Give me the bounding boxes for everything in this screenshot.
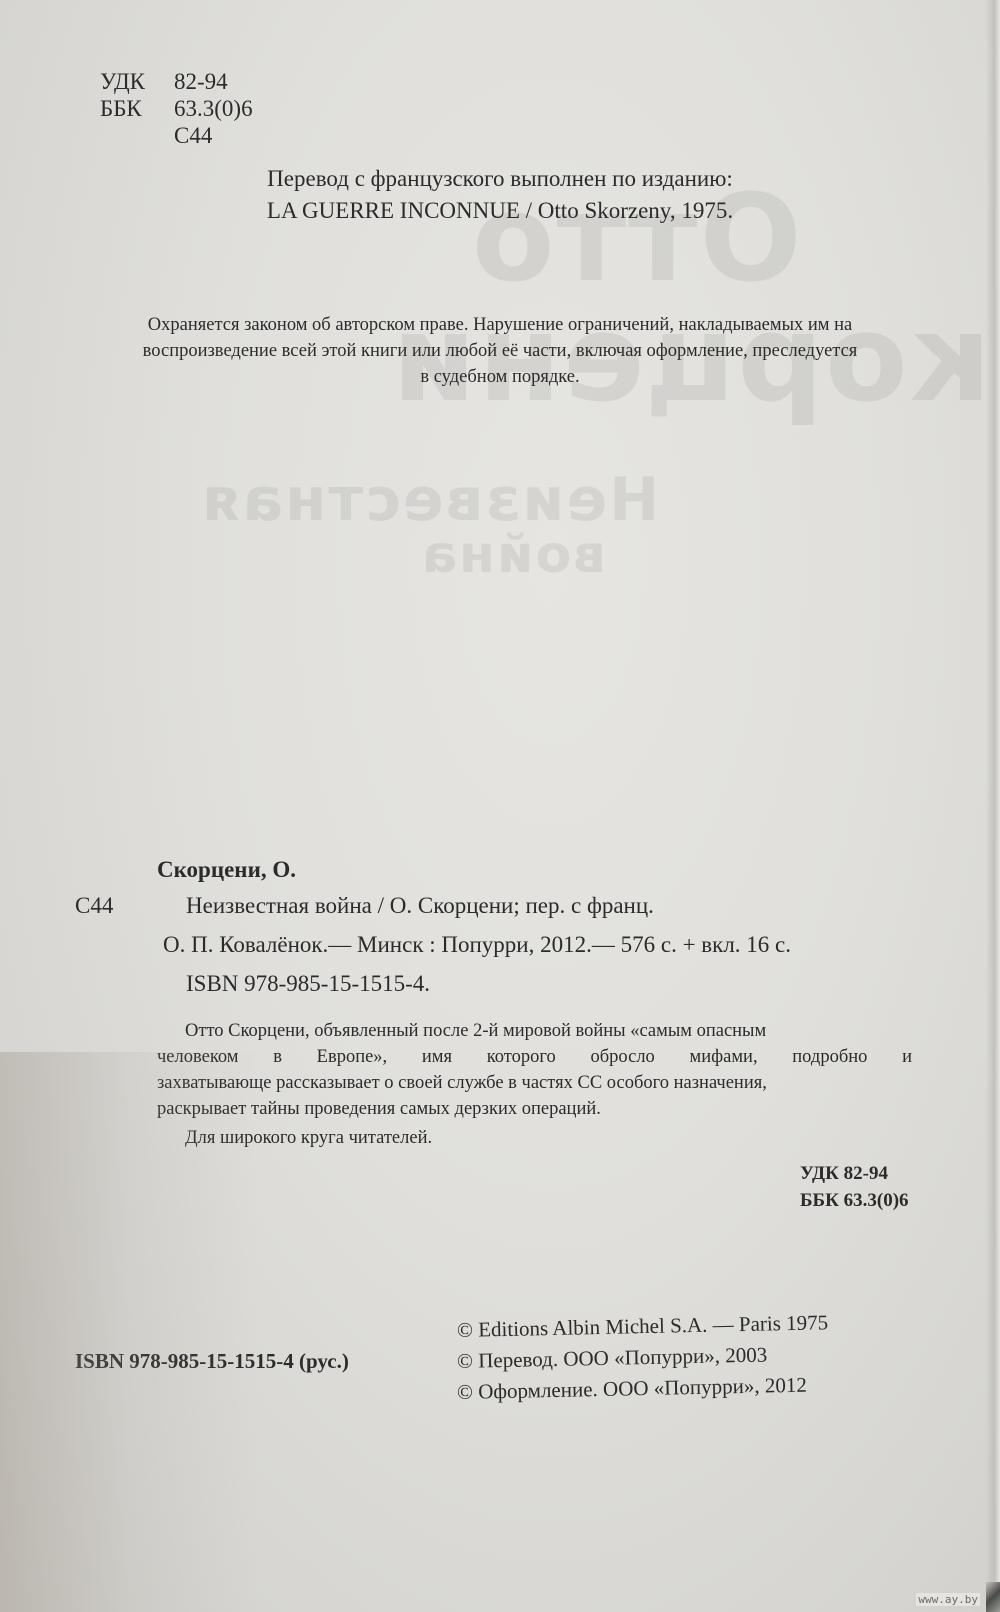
notice-line2: воспроизведение всей этой книги или любо… (60, 338, 940, 364)
footer-isbn: ISBN 978-985-15-1515-4 (рус.) (75, 1349, 349, 1374)
udk-value: 82-94 (174, 68, 228, 95)
catalog-author-mark: С44 (75, 893, 113, 919)
copyright-line: © Перевод. ООО «Попурри», 2003 (457, 1343, 768, 1374)
copyright-line: © Оформление. ООО «Попурри», 2012 (457, 1373, 807, 1405)
translation-note: Перевод с французского выполнен по издан… (0, 163, 1000, 227)
classification-block: УДК 82-94 ББК 63.3(0)6 С44 (100, 68, 300, 158)
copyright-legal-notice: Охраняется законом об авторском праве. Н… (60, 312, 940, 390)
catalog-imprint: О. П. Ковалёнок.— Минск : Попурри, 2012.… (163, 932, 791, 958)
catalog-bbk: ББК 63.3(0)6 (800, 1190, 909, 1212)
annotation-line: захватывающе рассказывает о своей службе… (157, 1070, 912, 1096)
original-edition: LA GUERRE INCONNUE / Otto Skorzeny, 1975… (0, 195, 1000, 227)
notice-line3: в судебном порядке. (60, 364, 940, 390)
bbk-label: ББК (100, 95, 142, 122)
site-watermark: www.ay.by (916, 1593, 980, 1606)
page-corner (986, 1582, 1000, 1612)
catalog-udk: УДК 82-94 (800, 1163, 888, 1185)
udk-label: УДК (100, 68, 145, 95)
catalog-isbn: ISBN 978-985-15-1515-4. (186, 971, 430, 997)
translation-note-line1: Перевод с французского выполнен по издан… (0, 163, 1000, 195)
annotation-line: Отто Скорцени, объявленный после 2-й мир… (157, 1018, 912, 1044)
catalog-annotation: Отто Скорцени, объявленный после 2-й мир… (157, 1018, 912, 1151)
target-audience: Для широкого круга читателей. (157, 1125, 912, 1151)
annotation-line: раскрывает тайны проведения самых дерзки… (157, 1096, 912, 1122)
bleed-through-text: Неизвестная (200, 465, 659, 535)
bbk-value: 63.3(0)6 (174, 95, 253, 122)
bleed-through-text: война (420, 525, 606, 585)
book-imprint-page: Отто Скорцени Неизвестная война УДК 82-9… (0, 0, 1000, 1612)
author-mark: С44 (174, 122, 212, 149)
annotation-line: человеком в Европе», имя которого обросл… (157, 1044, 912, 1070)
page-edge (986, 0, 1000, 1612)
catalog-author: Скорцени, О. (157, 857, 296, 883)
catalog-title: Неизвестная война / О. Скорцени; пер. с … (186, 893, 654, 919)
notice-line1: Охраняется законом об авторском праве. Н… (60, 312, 940, 338)
copyright-line: © Editions Albin Michel S.A. — Paris 197… (457, 1310, 829, 1343)
